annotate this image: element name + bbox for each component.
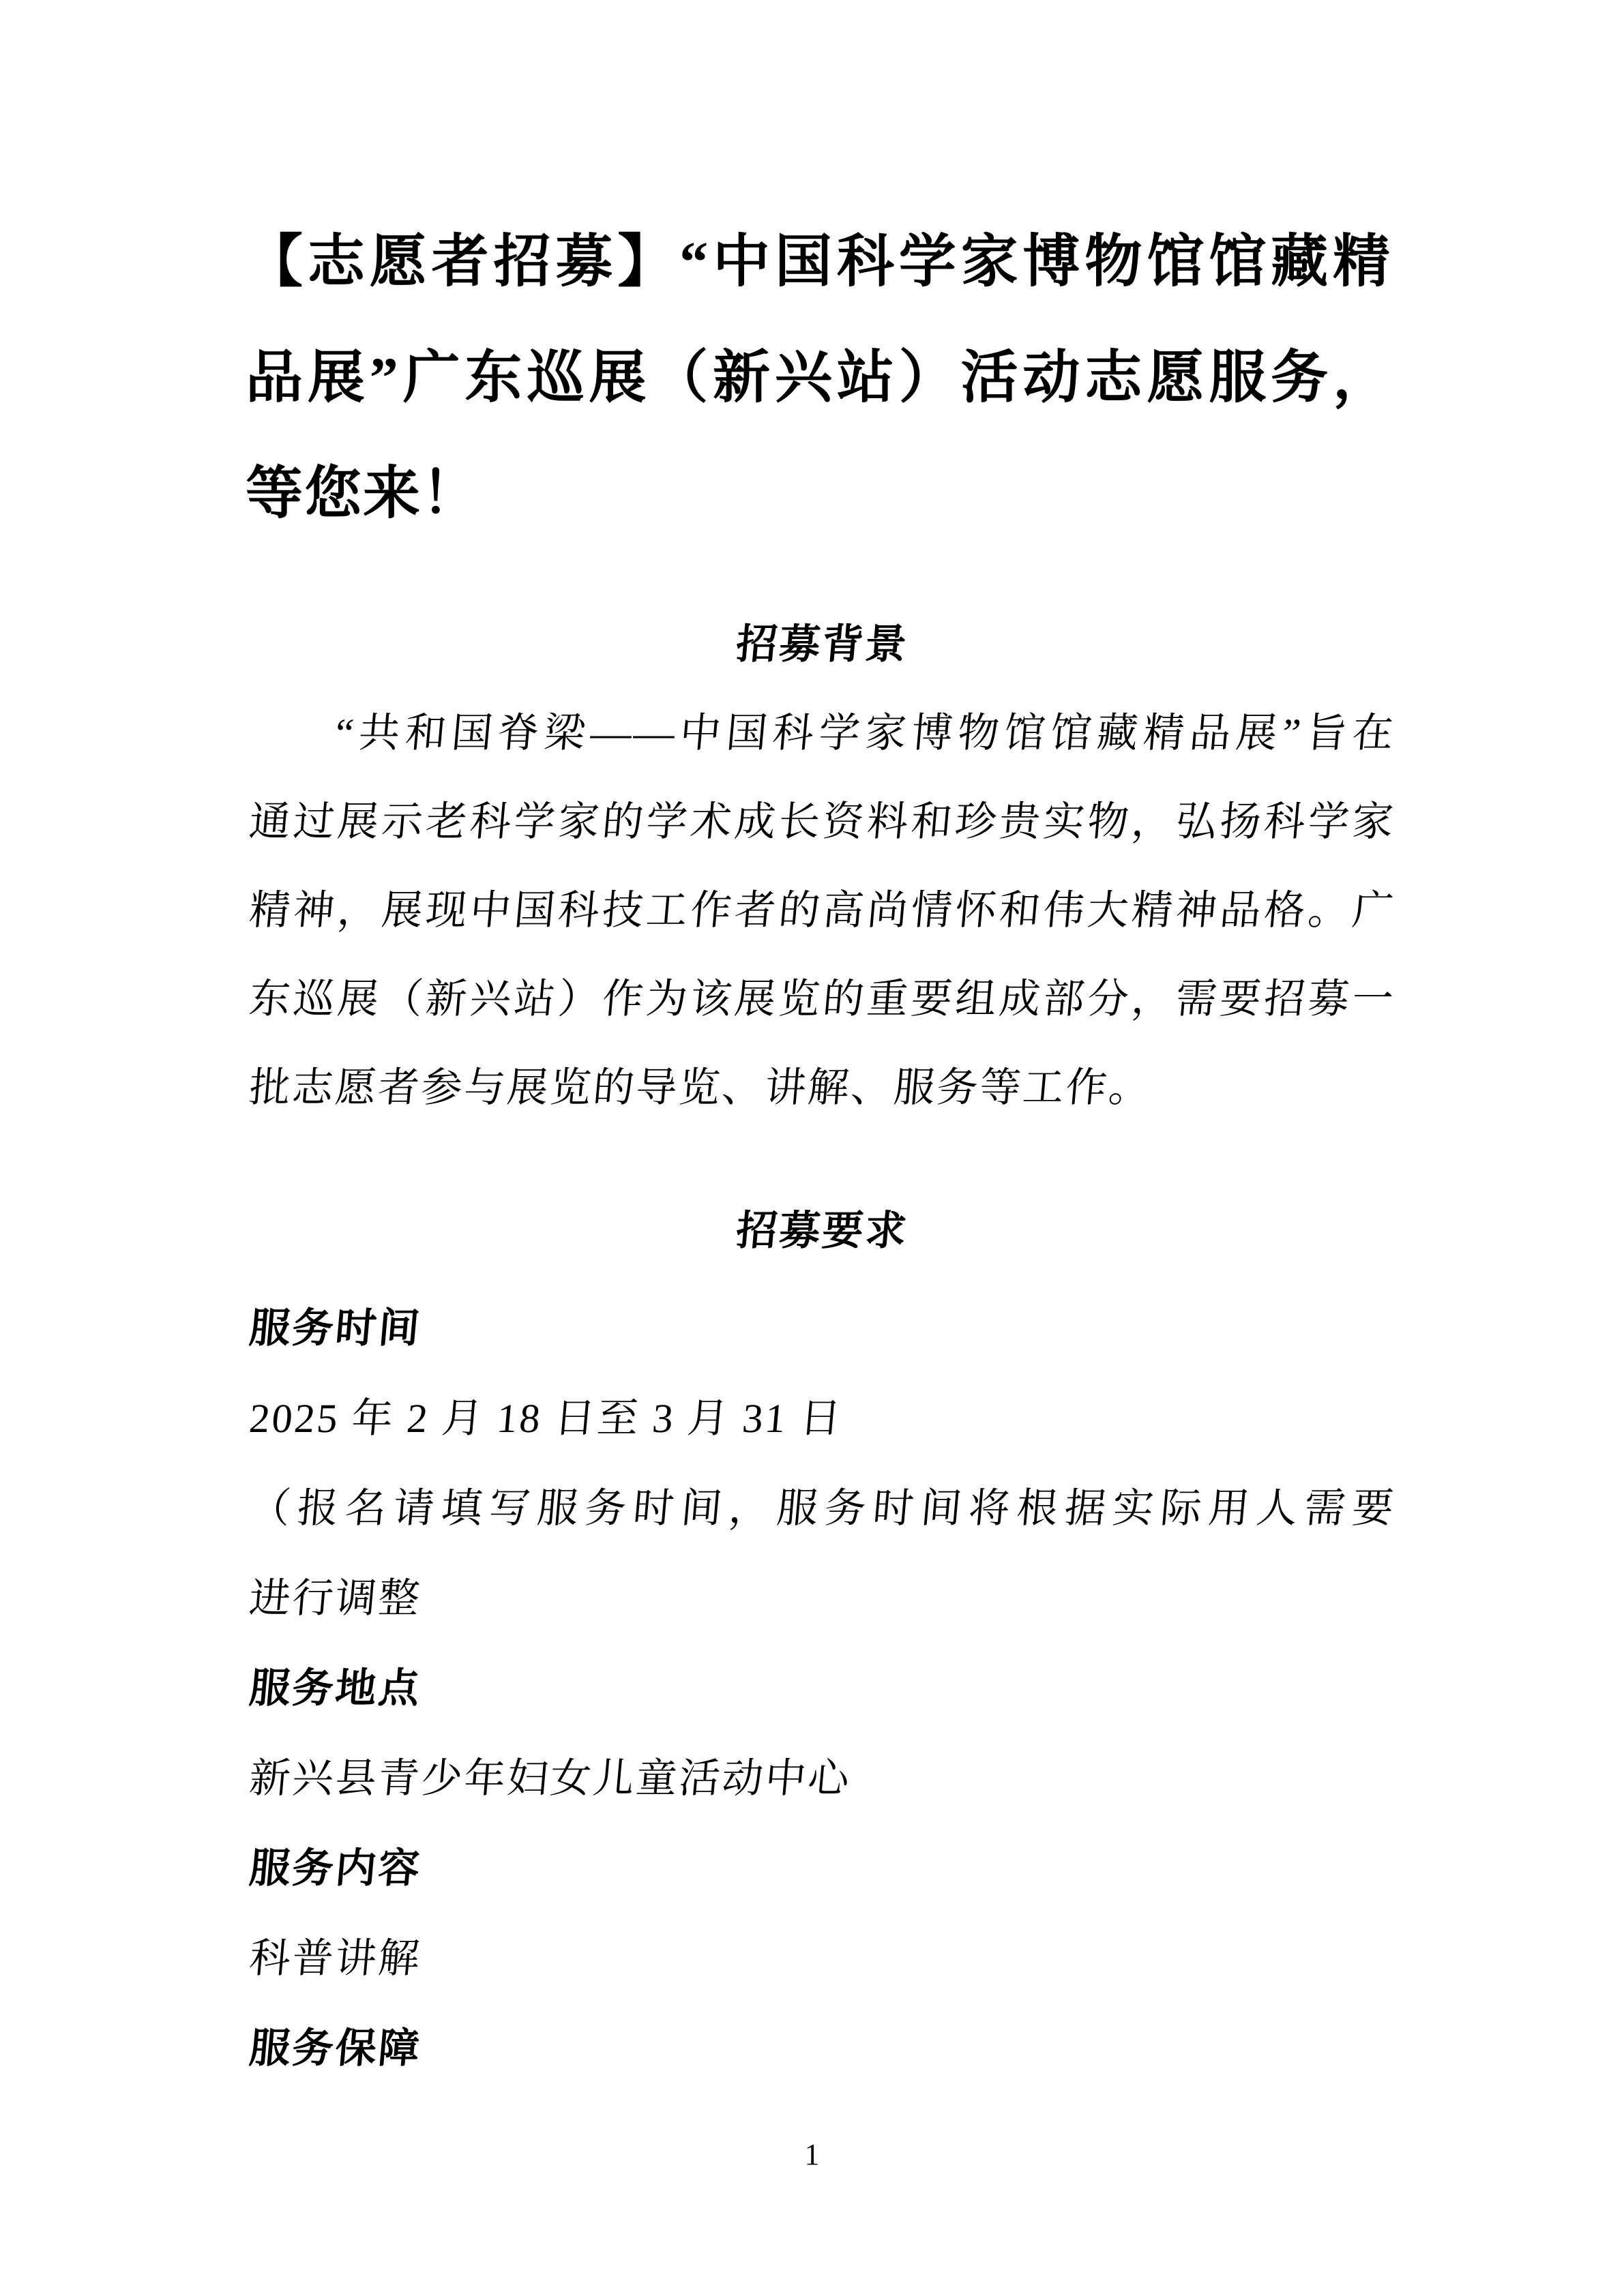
label-service-guarantee: 服务保障 bbox=[246, 2003, 1400, 2093]
paragraph-line: 通过展示老科学家的学术成长资料和珍贵实物，弘扬科学家 bbox=[246, 777, 1399, 866]
document-title: 【志愿者招募】“中国科学家博物馆馆藏精 品展”广东巡展（新兴站）活动志愿服务， … bbox=[246, 205, 1391, 552]
paragraph-line: 东巡展（新兴站）作为该展览的重要组成部分，需要招募一 bbox=[246, 955, 1399, 1043]
service-content-value: 科普讲解 bbox=[246, 1913, 1400, 2003]
service-time-value: 2025 年 2 月 18 日至 3 月 31 日 bbox=[246, 1373, 1400, 1463]
service-location-value: 新兴县青少年妇女儿童活动中心 bbox=[246, 1733, 1400, 1823]
title-line-3: 等您来！ bbox=[246, 436, 1391, 552]
label-service-time: 服务时间 bbox=[246, 1283, 1400, 1373]
paragraph-line: “共和国脊梁——中国科学家博物馆馆藏精品展”旨在 bbox=[246, 689, 1399, 777]
section-heading-recruitment-requirements: 招募要求 bbox=[246, 1187, 1399, 1275]
paragraph-line: 精神，展现中国科技工作者的高尚情怀和伟大精神品格。广 bbox=[246, 866, 1399, 955]
document-content: 【志愿者招募】“中国科学家博物馆馆藏精 品展”广东巡展（新兴站）活动志愿服务， … bbox=[246, 205, 1391, 2093]
label-service-location: 服务地点 bbox=[246, 1643, 1400, 1733]
title-line-1: 【志愿者招募】“中国科学家博物馆馆藏精 bbox=[246, 205, 1391, 320]
title-line-2: 品展”广东巡展（新兴站）活动志愿服务， bbox=[246, 320, 1391, 436]
requirements-list: 服务时间 2025 年 2 月 18 日至 3 月 31 日 （报名请填写服务时… bbox=[246, 1283, 1391, 2093]
paragraph-line: 批志愿者参与展览的导览、讲解、服务等工作。 bbox=[246, 1043, 1399, 1132]
service-time-note-line: 进行调整 bbox=[246, 1553, 1400, 1643]
background-paragraph: “共和国脊梁——中国科学家博物馆馆藏精品展”旨在 通过展示老科学家的学术成长资料… bbox=[246, 689, 1391, 1132]
blank-line bbox=[246, 1132, 1391, 1187]
section-heading-recruitment-background: 招募背景 bbox=[246, 600, 1399, 689]
page-number: 1 bbox=[0, 2134, 1624, 2175]
label-service-content: 服务内容 bbox=[246, 1823, 1400, 1913]
service-time-note-line: （报名请填写服务时间，服务时间将根据实际用人需要 bbox=[246, 1463, 1400, 1553]
document-page: 【志愿者招募】“中国科学家博物馆馆藏精 品展”广东巡展（新兴站）活动志愿服务， … bbox=[0, 0, 1624, 2296]
